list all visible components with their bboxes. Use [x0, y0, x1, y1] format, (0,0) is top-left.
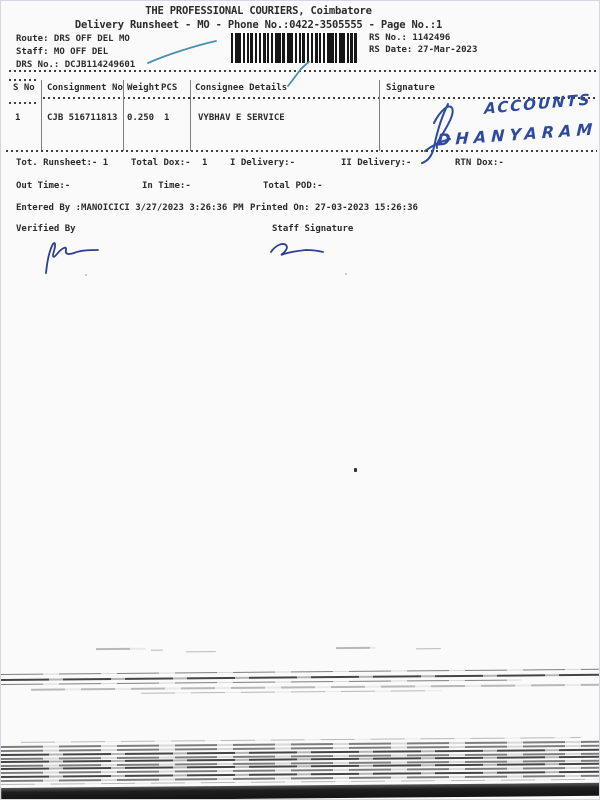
runsheet-subtitle: Delivery Runsheet - MO - Phone No.:0422-… [1, 19, 516, 32]
scan-artifact [186, 651, 216, 652]
cell-consignee: VYBHAV E SERVICE [198, 113, 285, 124]
pen-stroke-barcode-tick [288, 62, 309, 86]
scan-speck [345, 273, 347, 275]
scan-speck [354, 468, 357, 472]
staff-signature-mark [271, 244, 323, 255]
header-pcs: PCS [161, 83, 177, 94]
rs-date-line: RS Date: 27-Mar-2023 [369, 45, 477, 56]
entered-by-line: Entered By :MANOICICI 3/27/2023 3:26:36 … [16, 203, 244, 214]
separator-dashed-3 [6, 150, 597, 152]
staff-signature-label: Staff Signature [272, 224, 353, 235]
total-runsheet: Tot. Runsheet:- 1 [16, 158, 108, 169]
table-divider-1 [41, 80, 42, 151]
scan-artifact-band [1, 783, 600, 800]
route-line: Route: DRS OFF DEL MO [16, 34, 130, 45]
total-pod: Total POD:- [263, 181, 323, 192]
cell-pcs: 1 [164, 113, 169, 124]
receiver-signature-word-2: DHANYARAM [437, 121, 598, 148]
header-signature: Signature [386, 83, 435, 94]
staff-line: Staff: MO OFF DEL [16, 47, 108, 58]
barcode-icon [231, 33, 357, 63]
total-dox-value: 1 [202, 158, 207, 169]
perforation-fragment-1 [9, 79, 39, 81]
in-time: In Time:- [142, 181, 191, 192]
perforation-fragment-2 [9, 102, 39, 104]
table-divider-3 [190, 80, 191, 151]
scan-artifact [151, 650, 163, 651]
separator-dashed-1 [9, 70, 597, 72]
scan-speck [85, 274, 87, 276]
scan-artifact [336, 647, 376, 649]
cell-weight: 0.250 [127, 113, 154, 124]
pen-stroke-drs-check [148, 41, 216, 63]
verified-by-label: Verified By [16, 224, 76, 235]
table-divider-4 [379, 80, 380, 151]
header-consignee-details: Consignee Details [195, 83, 287, 94]
rtn-dox: RTN Dox:- [455, 158, 504, 169]
table-divider-2 [123, 80, 124, 151]
cell-s-no: 1 [15, 113, 20, 124]
second-delivery: II Delivery:- [341, 158, 411, 169]
header-weight: Weight [127, 83, 160, 94]
scan-artifact [416, 648, 441, 649]
company-title: THE PROFESSIONAL COURIERS, Coimbatore [1, 5, 516, 18]
printed-on-line: Printed On: 27-03-2023 15:26:36 [250, 203, 418, 214]
receiver-signature-word-1: ACCOUNTS [484, 92, 592, 116]
rs-no-line: RS No.: 1142496 [369, 33, 450, 44]
scan-artifact [141, 690, 441, 694]
header-s-no: S No [13, 83, 35, 94]
first-delivery: I Delivery:- [230, 158, 295, 169]
cell-consignment-no: CJB 516711813 [47, 113, 117, 124]
header-consignment-no: Consignment No [47, 83, 123, 94]
runsheet-scan-page: THE PROFESSIONAL COURIERS, Coimbatore De… [0, 0, 600, 800]
total-dox-label: Total Dox:- [131, 158, 191, 169]
scan-artifact [31, 684, 600, 691]
verified-by-signature [46, 243, 98, 273]
out-time: Out Time:- [16, 181, 70, 192]
scan-artifact [96, 648, 146, 650]
scan-artifact-cluster-mid [1, 641, 600, 701]
scan-artifact-cluster-bottom [1, 734, 600, 800]
